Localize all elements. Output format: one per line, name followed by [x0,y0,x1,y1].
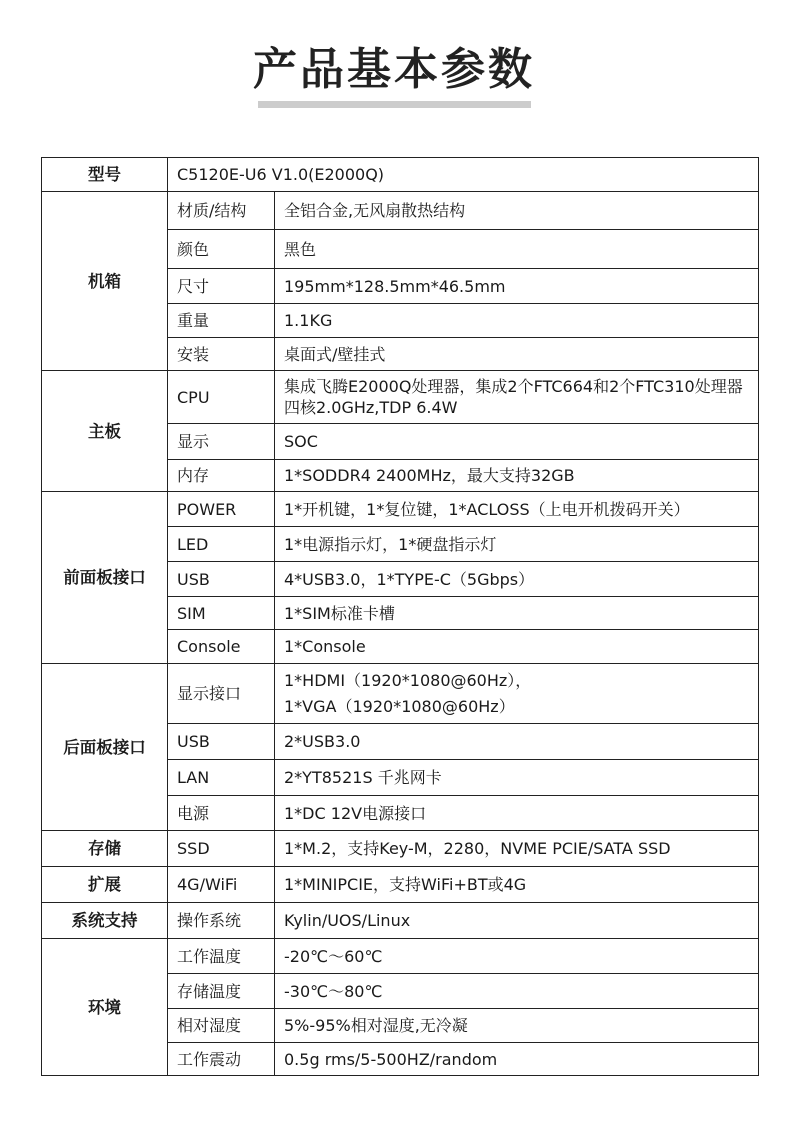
param-value: 1*开机键，1*复位键，1*ACLOSS（上电开机拨码开关） [275,492,759,527]
param-value: 1*SODDR4 2400MHz，最大支持32GB [275,460,759,492]
param-name: USB [168,724,275,760]
page-title: 产品基本参数 [0,40,788,100]
param-name: LED [168,527,275,562]
param-value: 5%-95%相对湿度,无冷凝 [275,1009,759,1043]
param-value: 1*DC 12V电源接口 [275,796,759,831]
param-value: 1*HDMI（1920*1080@60Hz）， 1*VGA（1920*1080@… [275,664,759,724]
param-name: 尺寸 [168,269,275,304]
category-chassis: 机箱 [42,192,168,371]
param-value: Kylin/UOS/Linux [275,903,759,939]
param-value: 1*Console [275,630,759,664]
param-value: 集成飞腾E2000Q处理器，集成2个FTC664和2个FTC310处理器四核2.… [275,371,759,424]
table-row: 后面板接口 显示接口 1*HDMI（1920*1080@60Hz）， 1*VGA… [42,664,759,724]
param-name: 重量 [168,304,275,338]
param-name: Console [168,630,275,664]
param-name: 安装 [168,338,275,371]
param-value: 黑色 [275,230,759,269]
model-value: C5120E-U6 V1.0(E2000Q) [168,158,759,192]
table-row: 扩展 4G/WiFi 1*MINIPCIE，支持WiFi+BT或4G [42,867,759,903]
table-row: 机箱 材质/结构 全铝合金,无风扇散热结构 [42,192,759,230]
param-name: 相对湿度 [168,1009,275,1043]
param-name: CPU [168,371,275,424]
param-value: 1*MINIPCIE，支持WiFi+BT或4G [275,867,759,903]
spec-table: 型号 C5120E-U6 V1.0(E2000Q) 机箱 材质/结构 全铝合金,… [41,157,759,1076]
param-value-line: 1*HDMI（1920*1080@60Hz）， [284,670,752,691]
category-expansion: 扩展 [42,867,168,903]
param-name: SSD [168,831,275,867]
param-value: -20℃～60℃ [275,939,759,974]
param-value: 1*M.2，支持Key-M，2280，NVME PCIE/SATA SSD [275,831,759,867]
param-name: USB [168,562,275,597]
category-front-panel: 前面板接口 [42,492,168,664]
param-name: 显示接口 [168,664,275,724]
param-name: 材质/结构 [168,192,275,230]
table-row: 前面板接口 POWER 1*开机键，1*复位键，1*ACLOSS（上电开机拨码开… [42,492,759,527]
category-mainboard: 主板 [42,371,168,492]
table-row: 主板 CPU 集成飞腾E2000Q处理器，集成2个FTC664和2个FTC310… [42,371,759,424]
param-value: -30℃～80℃ [275,974,759,1009]
param-value: 2*USB3.0 [275,724,759,760]
title-underline [258,101,531,108]
param-name: LAN [168,760,275,796]
table-row-model: 型号 C5120E-U6 V1.0(E2000Q) [42,158,759,192]
param-value-line: 1*VGA（1920*1080@60Hz） [284,696,752,717]
param-value: SOC [275,424,759,460]
category-environment: 环境 [42,939,168,1076]
category-rear-panel: 后面板接口 [42,664,168,831]
param-name: 工作温度 [168,939,275,974]
category-os-support: 系统支持 [42,903,168,939]
param-name: SIM [168,597,275,630]
param-name: POWER [168,492,275,527]
param-name: 存储温度 [168,974,275,1009]
model-label: 型号 [42,158,168,192]
param-value: 195mm*128.5mm*46.5mm [275,269,759,304]
param-name: 颜色 [168,230,275,269]
param-value: 1.1KG [275,304,759,338]
param-value: 全铝合金,无风扇散热结构 [275,192,759,230]
param-name: 内存 [168,460,275,492]
param-value: 1*SIM标准卡槽 [275,597,759,630]
param-name: 4G/WiFi [168,867,275,903]
table-row: 存储 SSD 1*M.2，支持Key-M，2280，NVME PCIE/SATA… [42,831,759,867]
param-name: 电源 [168,796,275,831]
table-row: 环境 工作温度 -20℃～60℃ [42,939,759,974]
category-storage: 存储 [42,831,168,867]
param-name: 工作震动 [168,1043,275,1076]
param-name: 显示 [168,424,275,460]
param-value: 4*USB3.0，1*TYPE-C（5Gbps） [275,562,759,597]
param-value: 桌面式/壁挂式 [275,338,759,371]
table-row: 系统支持 操作系统 Kylin/UOS/Linux [42,903,759,939]
param-name: 操作系统 [168,903,275,939]
param-value: 2*YT8521S 千兆网卡 [275,760,759,796]
param-value: 1*电源指示灯，1*硬盘指示灯 [275,527,759,562]
param-value: 0.5g rms/5-500HZ/random [275,1043,759,1076]
